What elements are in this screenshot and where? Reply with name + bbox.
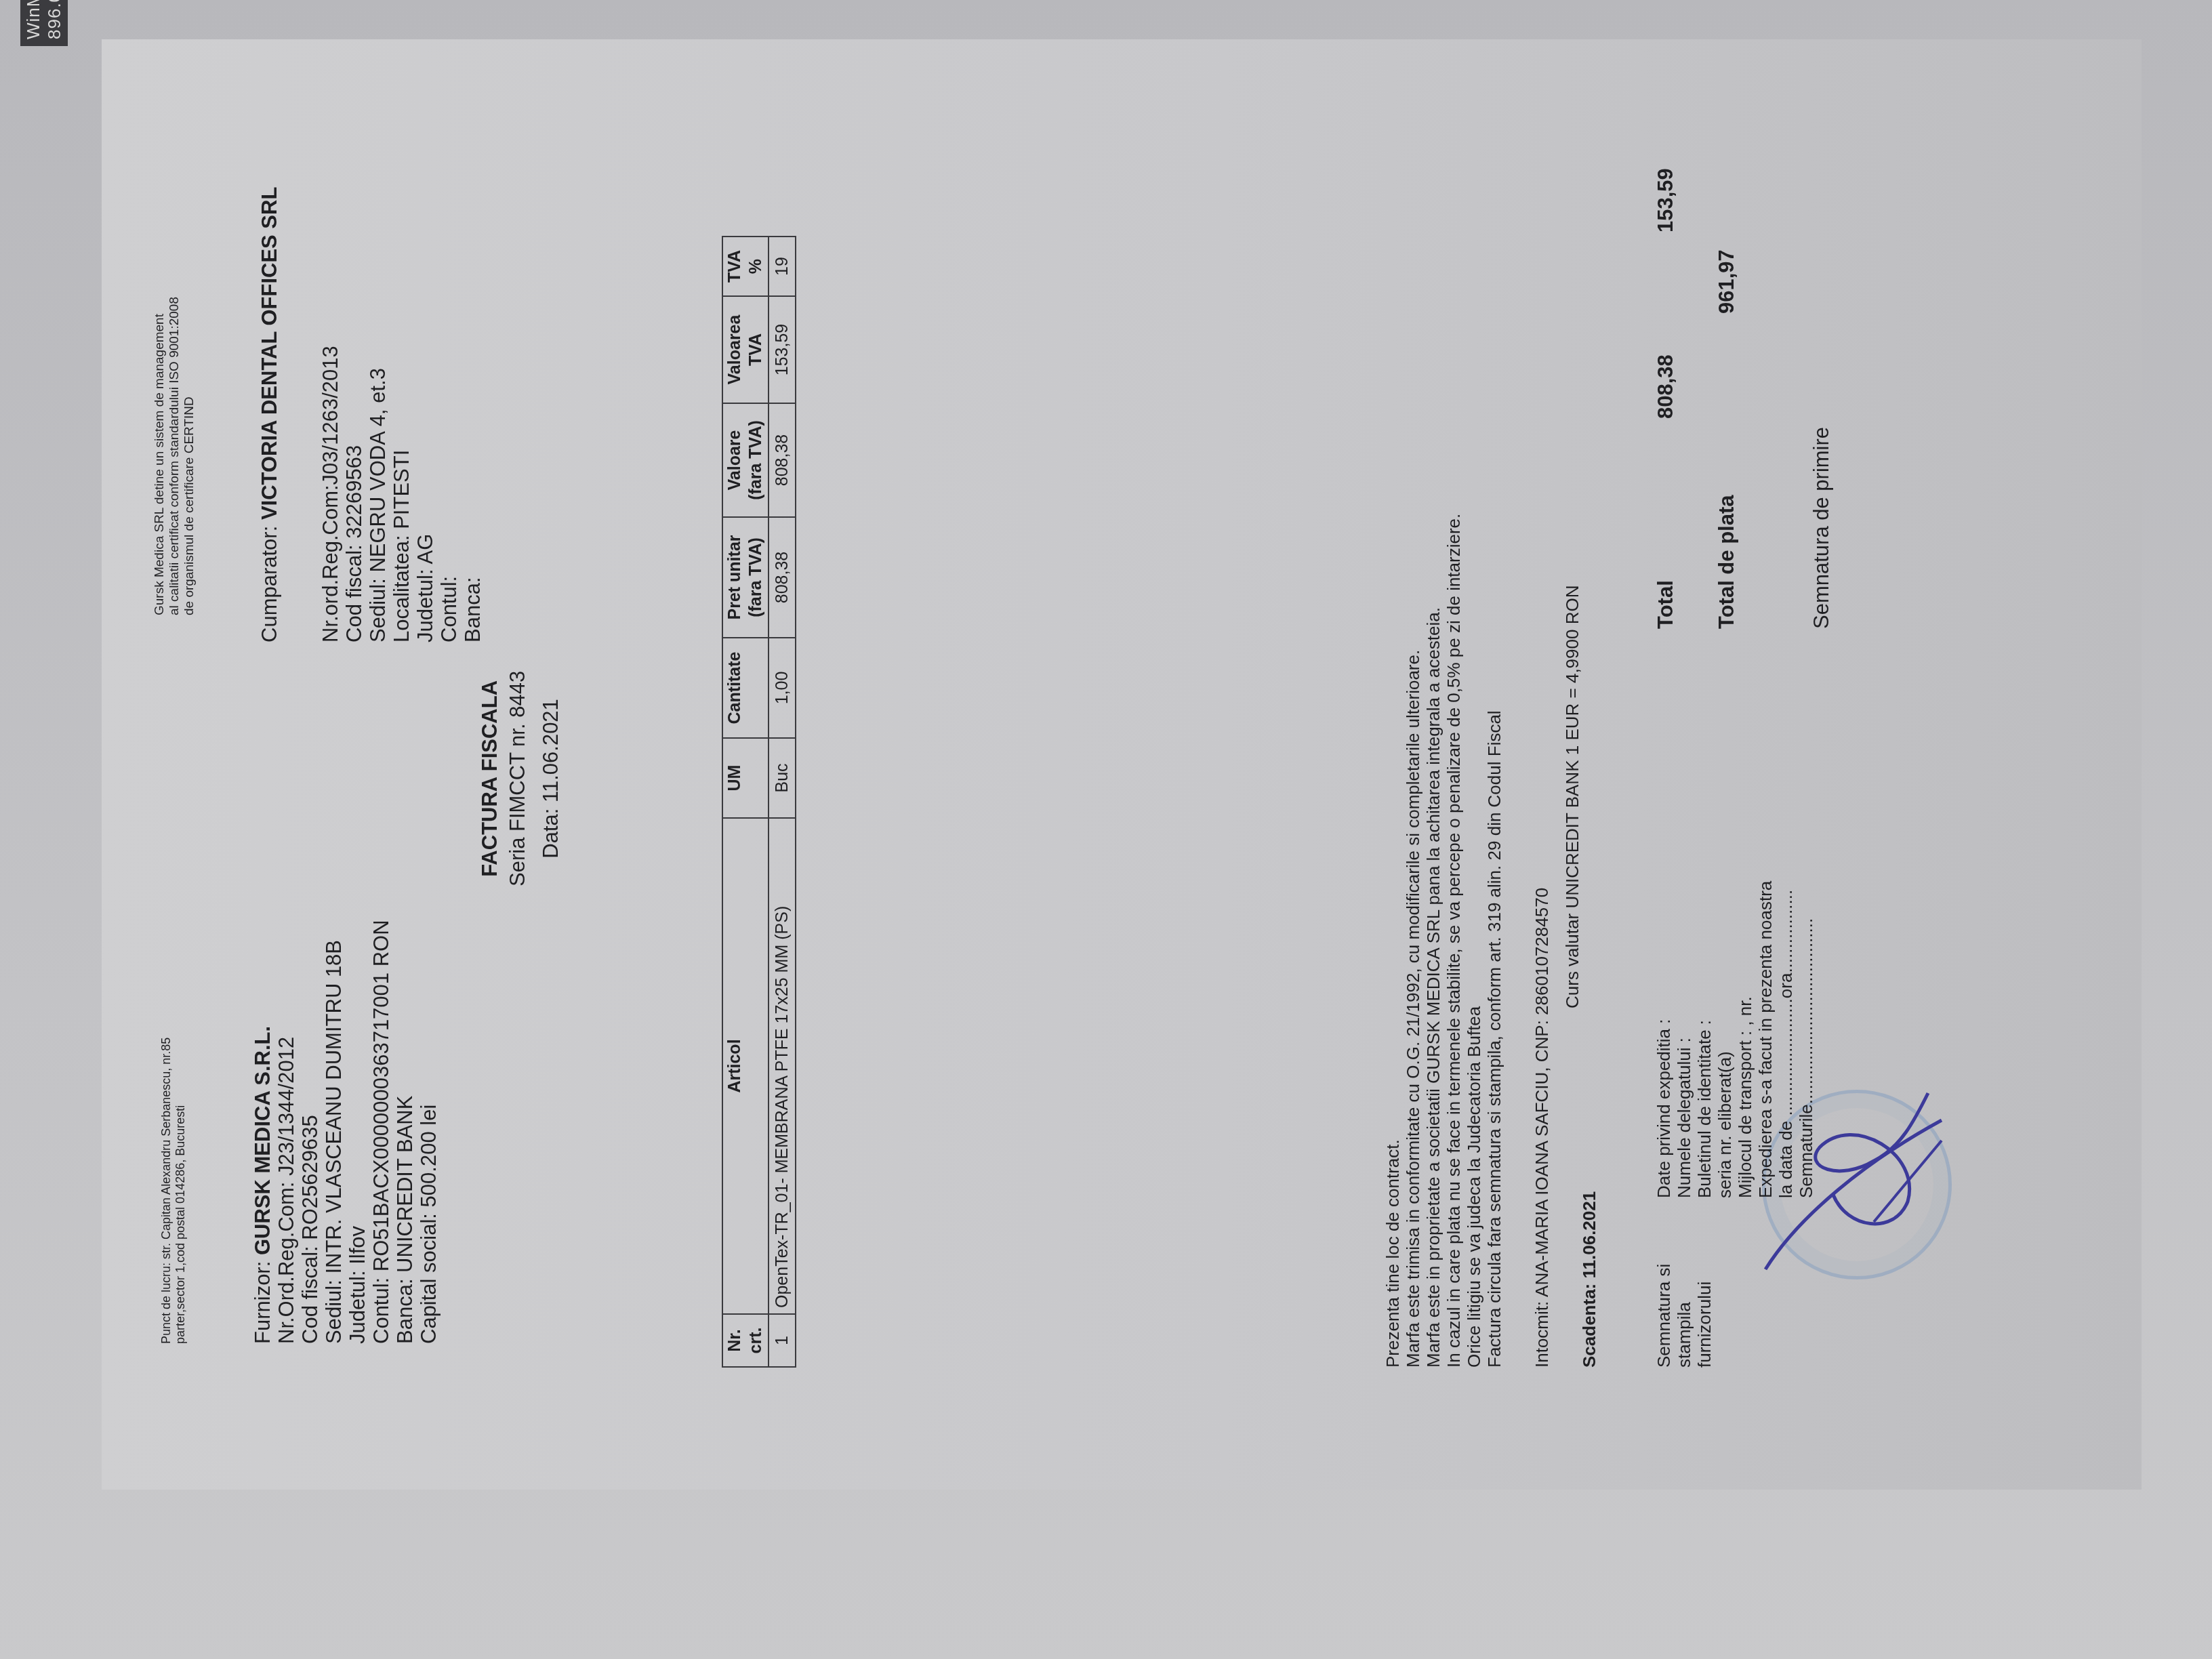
total-payable-value: 961,97: [1715, 249, 1738, 314]
supplier-bank: Banca: UNICREDIT BANK: [393, 920, 417, 1344]
total-vat-value: 153,59: [1654, 168, 1677, 232]
signature-label-line-3: furnizorului: [1694, 1264, 1715, 1368]
certification-line-1: Gursk Medica SRL detine un sistem de man…: [152, 297, 167, 615]
buyer-bank: Banca:: [461, 187, 485, 642]
buyer-reg-com: Nr.ord.Reg.Com:J03/1263/2013: [319, 187, 342, 642]
supplier-name: GURSK MEDICA S.R.L.: [251, 1026, 274, 1255]
supplier-signature-label: Semnatura si stampila furnizorului: [1654, 1264, 1715, 1368]
column-header: Articol: [722, 818, 769, 1314]
column-header: UM: [722, 738, 769, 818]
shipping-line: Numele delegatului :: [1674, 881, 1694, 1198]
shipping-line: Expedierea s-a facut in prezenta noastra: [1755, 881, 1776, 1198]
total-label: Total: [1654, 580, 1677, 629]
work-point-line-1: Punct de lucru: str. Capitan Alexandru S…: [159, 1038, 173, 1344]
due-date-label: Scadenta:: [1579, 1284, 1599, 1368]
table-body: 1OpenTex-TR_01- MEMBRANA PTFE 17x25 MM (…: [769, 237, 796, 1367]
table-cell: OpenTex-TR_01- MEMBRANA PTFE 17x25 MM (P…: [769, 818, 796, 1314]
terms-line: Marfa este trimisa in conformitate cu O.…: [1403, 514, 1423, 1368]
receipt-signature-label: Semnatura de primire: [1809, 427, 1833, 629]
shipping-line: Date privind expeditia :: [1654, 881, 1674, 1198]
shipping-line: Mijlocul de transport : , nr.: [1735, 881, 1755, 1198]
terms-block: Prezenta tine loc de contract.Marfa este…: [1382, 514, 1504, 1368]
invoice-heading: FACTURA FISCALA Seria FIMCCT nr. 8443 Da…: [478, 671, 562, 886]
table-cell: 808,38: [769, 403, 796, 517]
shipping-details: Date privind expeditia :Numele delegatul…: [1654, 881, 1816, 1198]
exchange-rate: Curs valutar UNICREDIT BANK 1 EUR = 4,99…: [1562, 586, 1582, 1008]
column-header: TVA%: [722, 237, 769, 296]
invoice-paper: Punct de lucru: str. Capitan Alexandru S…: [102, 39, 2142, 1490]
column-header: Nr.crt.: [722, 1314, 769, 1367]
due-date-value: 11.06.2021: [1579, 1191, 1599, 1279]
certification-line-3: de organismul de certificare CERTIND: [182, 297, 197, 615]
buyer-label: Cumparator:: [258, 526, 281, 642]
table-cell: Buc: [769, 738, 796, 818]
column-header: Cantitate: [722, 638, 769, 738]
buyer-address: Sediul: NEGRU VODA 4, et.3: [366, 187, 390, 642]
signature-label-line-2: stampila: [1674, 1264, 1694, 1368]
due-date: Scadenta: 11.06.2021: [1579, 1191, 1599, 1368]
buyer-city: Localitatea: PITESTI: [390, 187, 413, 642]
table-header-row: Nr.crt.Articol UM Cantitate Pret unitar(…: [722, 237, 769, 1367]
table-cell: 1,00: [769, 638, 796, 738]
iso-certification-note: Gursk Medica SRL detine un sistem de man…: [152, 297, 197, 615]
terms-line: Marfa este in proprietate a societatii G…: [1423, 514, 1443, 1368]
total-net-value: 808,38: [1654, 354, 1677, 419]
invoice-photo: Punct de lucru: str. Capitan Alexandru S…: [0, 0, 2212, 1659]
signature-label-line-1: Semnatura si: [1654, 1264, 1674, 1368]
table-cell: 1: [769, 1314, 796, 1367]
supplier-reg-com: Nr.Ord.Reg.Com: J23/1344/2012: [274, 920, 298, 1344]
buyer-name: VICTORIA DENTAL OFFICES SRL: [258, 187, 281, 520]
buyer-account: Contul:: [437, 187, 461, 642]
supplier-address: Sediul: INTR. VLASCEANU DUMITRU 18B: [322, 920, 346, 1344]
terms-line: In cazul in care plata nu se face in ter…: [1443, 514, 1464, 1368]
invoice-items-table: Nr.crt.Articol UM Cantitate Pret unitar(…: [722, 236, 796, 1368]
table-cell: 808,38: [769, 517, 796, 638]
supplier-label: Furnizor:: [251, 1261, 274, 1344]
work-point-line-2: parter,sector 1,cod postal 014286, Bucur…: [173, 1038, 188, 1344]
shipping-line: seria nr. eliberat(a): [1715, 881, 1735, 1198]
shipping-line: Semnaturile.............................…: [1796, 881, 1816, 1198]
terms-line: Factura circula fara semnatura si stampi…: [1484, 514, 1504, 1368]
supplier-block: Furnizor: GURSK MEDICA S.R.L. Nr.Ord.Reg…: [251, 920, 441, 1344]
certification-line-2: al calitatii certificat conform standard…: [167, 297, 182, 615]
shipping-line: Buletinul de identitate :: [1694, 881, 1715, 1198]
terms-line: Orice litigiu se va judeca la Judecatori…: [1464, 514, 1484, 1368]
table-cell: 153,59: [769, 296, 796, 403]
supplier-fiscal-code: Cod fiscal: RO25629635: [298, 920, 322, 1344]
table-row: 1OpenTex-TR_01- MEMBRANA PTFE 17x25 MM (…: [769, 237, 796, 1367]
issued-by: Intocmit: ANA-MARIA IOANA SAFCIU, CNP: 2…: [1532, 888, 1552, 1368]
supplier-account: Contul: RO51BACX0000000363717001 RON: [369, 920, 393, 1344]
shipping-line: la data de ........................ora..…: [1776, 881, 1796, 1198]
column-header: Pret unitar(fara TVA): [722, 517, 769, 638]
buyer-fiscal-code: Cod fiscal: 32269563: [342, 187, 366, 642]
column-header: ValoareaTVA: [722, 296, 769, 403]
total-payable-label: Total de plata: [1715, 495, 1738, 629]
buyer-block: Cumparator: VICTORIA DENTAL OFFICES SRL …: [258, 187, 485, 642]
table-cell: 19: [769, 237, 796, 296]
column-header: Valoare(fara TVA): [722, 403, 769, 517]
work-point-address: Punct de lucru: str. Capitan Alexandru S…: [159, 1038, 188, 1344]
buyer-county: Judetul: AG: [413, 187, 437, 642]
invoice-date: Data: 11.06.2021: [539, 671, 562, 886]
supplier-capital: Capital social: 500.200 lei: [417, 920, 441, 1344]
supplier-county: Judetul: Ilfov: [346, 920, 369, 1344]
winmentor-version-label: WinMENTOR 896.01: [20, 0, 68, 46]
invoice-series: Seria FIMCCT nr. 8443: [506, 671, 529, 886]
terms-line: Prezenta tine loc de contract.: [1382, 514, 1403, 1368]
invoice-title: FACTURA FISCALA: [478, 671, 501, 886]
